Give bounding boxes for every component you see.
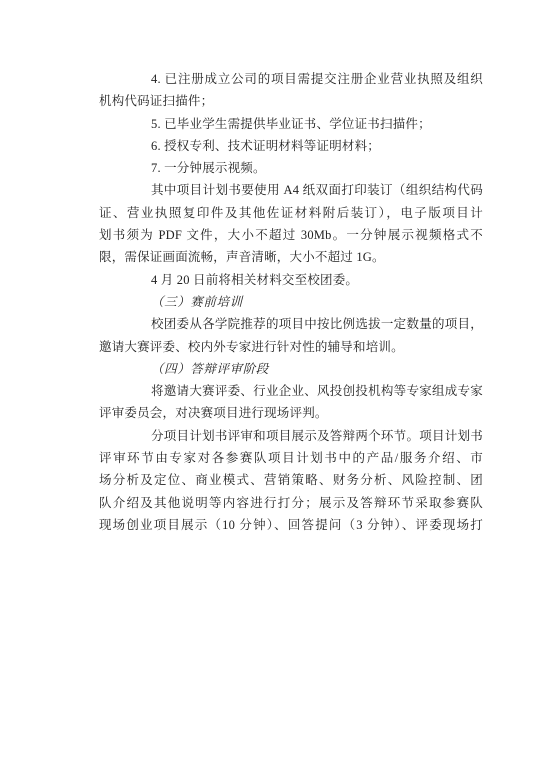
section-heading: （三）赛前培训	[99, 291, 483, 313]
paragraph: 4. 已注册成立公司的项目需提交注册企业营业执照及组织机构代码证扫描件；	[99, 68, 483, 113]
paragraph: 其中项目计划书要使用 A4 纸双面打印装订（组织结构代码证、营业执照复印件及其他…	[99, 179, 483, 268]
text-line: 场分析及定位、商业模式、营销策略、财务分析、风险控制、团	[99, 469, 483, 491]
paragraph: 7. 一分钟展示视频。	[99, 157, 483, 179]
paragraph: 4 月 20 日前将相关材料交至校团委。	[99, 269, 483, 291]
text-line: 4. 已注册成立公司的项目需提交注册企业营业执照及组织	[99, 68, 483, 90]
text-line: 4 月 20 日前将相关材料交至校团委。	[99, 269, 483, 291]
section-heading: （四）答辩评审阶段	[99, 358, 483, 380]
text-line: 证、营业执照复印件及其他佐证材料附后装订），电子版项目计	[99, 202, 483, 224]
text-line: 划书须为 PDF 文件，大小不超过 30Mb。一分钟展示视频格式不	[99, 224, 483, 246]
text-line: 6. 授权专利、技术证明材料等证明材料；	[99, 135, 483, 157]
text-line: 评审环节由专家对各参赛队项目计划书中的产品/服务介绍、市	[99, 447, 483, 469]
text-line: （四）答辩评审阶段	[99, 358, 483, 380]
document-page: 4. 已注册成立公司的项目需提交注册企业营业执照及组织机构代码证扫描件；5. 已…	[0, 0, 544, 765]
text-line: 评审委员会，对决赛项目进行现场评判。	[99, 402, 483, 424]
text-line: 7. 一分钟展示视频。	[99, 157, 483, 179]
text-line: 其中项目计划书要使用 A4 纸双面打印装订（组织结构代码	[99, 179, 483, 201]
document-text-block: 4. 已注册成立公司的项目需提交注册企业营业执照及组织机构代码证扫描件；5. 已…	[99, 68, 483, 536]
paragraph: 6. 授权专利、技术证明材料等证明材料；	[99, 135, 483, 157]
text-line: （三）赛前培训	[99, 291, 483, 313]
paragraph: 将邀请大赛评委、行业企业、风投创投机构等专家组成专家评审委员会，对决赛项目进行现…	[99, 380, 483, 425]
text-line: 机构代码证扫描件；	[99, 90, 483, 112]
text-line: 校团委从各学院推荐的项目中按比例选拔一定数量的项目，	[99, 313, 483, 335]
text-line: 5. 已毕业学生需提供毕业证书、学位证书扫描件；	[99, 113, 483, 135]
text-line: 现场创业项目展示（10 分钟）、回答提问（3 分钟）、评委现场打	[99, 514, 483, 536]
text-line: 限，需保证画面流畅，声音清晰，大小不超过 1G。	[99, 246, 483, 268]
paragraph: 校团委从各学院推荐的项目中按比例选拔一定数量的项目，邀请大赛评委、校内外专家进行…	[99, 313, 483, 358]
paragraph: 分项目计划书评审和项目展示及答辩两个环节。项目计划书评审环节由专家对各参赛队项目…	[99, 425, 483, 536]
text-line: 邀请大赛评委、校内外专家进行针对性的辅导和培训。	[99, 336, 483, 358]
text-line: 将邀请大赛评委、行业企业、风投创投机构等专家组成专家	[99, 380, 483, 402]
text-line: 队介绍及其他说明等内容进行打分；展示及答辩环节采取参赛队	[99, 492, 483, 514]
text-line: 分项目计划书评审和项目展示及答辩两个环节。项目计划书	[99, 425, 483, 447]
paragraph: 5. 已毕业学生需提供毕业证书、学位证书扫描件；	[99, 113, 483, 135]
